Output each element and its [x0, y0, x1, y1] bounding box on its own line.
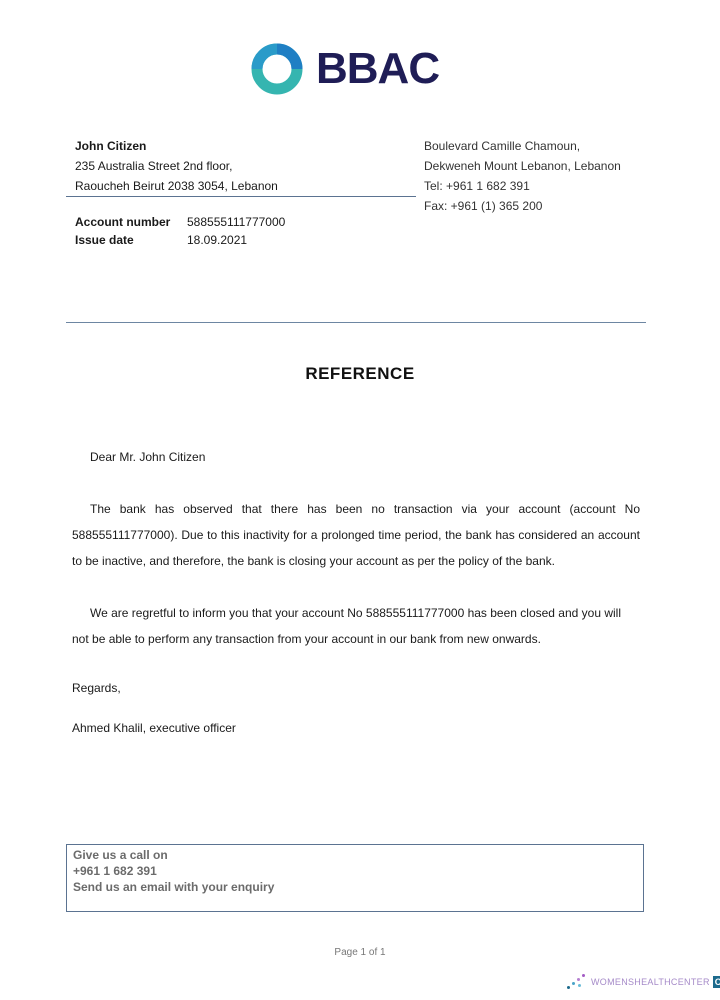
recipient-address-line1: 235 Australia Street 2nd floor,	[75, 156, 278, 176]
bank-address-line1: Boulevard Camille Chamoun,	[424, 136, 621, 156]
dots-logo-icon	[566, 973, 588, 991]
bank-address-block: Boulevard Camille Chamoun, Dekweneh Moun…	[424, 136, 621, 216]
account-info: Account number 588555111777000 Issue dat…	[75, 213, 285, 249]
recipient-address-line2: Raoucheh Beirut 2038 3054, Lebanon	[75, 176, 278, 196]
divider	[66, 322, 646, 323]
bbac-ring-icon	[250, 42, 304, 96]
issue-date-label: Issue date	[75, 231, 187, 249]
bbac-logo: BBAC	[250, 40, 440, 100]
letter-title: REFERENCE	[0, 364, 720, 384]
watermark-text: WOMENSHEALTHCENTER	[591, 977, 710, 987]
page-number: Page 1 of 1	[0, 947, 720, 958]
issue-date-value: 18.09.2021	[187, 231, 247, 249]
contact-email-line: Send us an email with your enquiry	[73, 879, 637, 895]
watermark-badge: ORG	[713, 976, 720, 988]
bank-tel: Tel: +961 1 682 391	[424, 176, 621, 196]
body-paragraph-2: We are regretful to inform you that your…	[72, 600, 640, 652]
recipient-block: John Citizen 235 Australia Street 2nd fl…	[75, 136, 278, 196]
logo-wordmark: BBAC	[316, 44, 439, 94]
closing: Regards,	[72, 681, 121, 695]
signature: Ahmed Khalil, executive officer	[72, 721, 236, 735]
body-paragraph-1: The bank has observed that there has bee…	[72, 496, 640, 574]
watermark: WOMENSHEALTHCENTER ORG	[566, 972, 720, 992]
contact-box: Give us a call on +961 1 682 391 Send us…	[66, 844, 644, 912]
contact-phone: +961 1 682 391	[73, 863, 637, 879]
divider	[66, 196, 416, 197]
bank-address-line2: Dekweneh Mount Lebanon, Lebanon	[424, 156, 621, 176]
recipient-name: John Citizen	[75, 136, 278, 156]
contact-line1: Give us a call on	[73, 847, 637, 863]
salutation: Dear Mr. John Citizen	[90, 450, 205, 464]
bank-fax: Fax: +961 (1) 365 200	[424, 196, 621, 216]
account-number-value: 588555111777000	[187, 213, 285, 231]
account-number-label: Account number	[75, 213, 187, 231]
